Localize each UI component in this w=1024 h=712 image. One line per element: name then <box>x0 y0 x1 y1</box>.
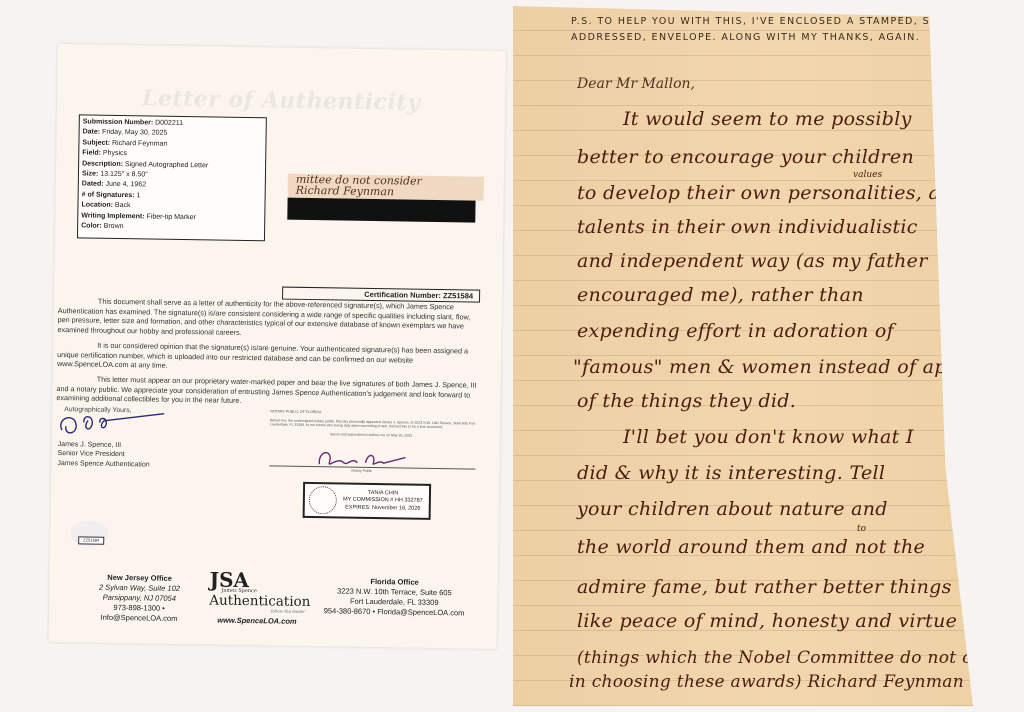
fl-title: Florida Office <box>370 577 418 587</box>
seal-expires: EXPIRES: November 16, 2026 <box>339 504 427 513</box>
detail-value: Fiber-tip Marker <box>146 213 196 221</box>
postscript: P.S. To help you with this, I've enclose… <box>571 14 961 46</box>
detail-value: D002211 <box>155 120 183 127</box>
detail-value: Signed Autographed Letter <box>125 161 208 169</box>
detail-value: Richard Feynman <box>112 140 167 148</box>
letter-line: did & why it is interesting. Tell <box>577 462 885 484</box>
loa-watermark-title: Letter of Authenticity <box>57 84 505 117</box>
jsa-logo: JSA James Spence Authentication follow t… <box>209 570 306 626</box>
letter-line: "famous" men & women instead of apprecia… <box>573 356 1024 378</box>
letter-line: like peace of mind, honesty and virtue — <box>577 610 983 632</box>
notary-seal: TANIA CHIN MY COMMISSION # HH 332787 EXP… <box>303 482 432 520</box>
detail-value: Physics <box>103 150 127 157</box>
letter-line: of the things they did. <box>577 390 796 412</box>
loa-paragraph-1: This document shall serve as a letter of… <box>57 296 484 341</box>
letter-line: in choosing these awards) Richard Feynma… <box>569 672 964 692</box>
letter-of-authenticity: Letter of Authenticity Submission Number… <box>49 44 506 649</box>
letter-line: expending effort in adoration of <box>577 320 894 342</box>
nj-contact: 973-898-1300 • Info@SpenceLOA.com <box>79 602 199 624</box>
detail-label: Field: <box>82 150 103 157</box>
detail-label: Writing Implement: <box>81 212 146 220</box>
signature-clip: mittee do not consider Richard Feynman <box>288 174 484 201</box>
letter-line: (things which the Nobel Committee do not… <box>577 648 1024 668</box>
notary-heading: NOTARY PUBLIC OF FLORIDA <box>270 409 480 417</box>
detail-row: Color: Brown <box>81 221 261 234</box>
detail-label: Submission Number: <box>83 118 155 126</box>
letter-line: the world around them and not the <box>577 536 925 558</box>
jsa-url: www.SpenceLOA.com <box>209 615 305 626</box>
detail-value: 13.125" x 8.50" <box>100 171 148 179</box>
detail-label: Date: <box>83 129 103 136</box>
submission-details-box: Submission Number: D002211Date: Friday, … <box>77 114 267 241</box>
office-new-jersey: New Jersey Office 2 Sylvan Way, Suite 10… <box>79 572 200 624</box>
loa-paragraph-2: It is our considered opinion that the si… <box>57 340 483 375</box>
state-seal-icon <box>309 486 337 514</box>
cert-label: Certification Number: <box>364 290 441 300</box>
notary-sworn: Sworn and subscribed to before me on May… <box>270 431 480 439</box>
letter-line: encouraged me), rather than <box>577 284 864 306</box>
detail-label: Dated: <box>82 181 106 188</box>
detail-value: Brown <box>104 223 124 230</box>
loa-paragraph-3: This letter must appear on our proprieta… <box>56 374 482 409</box>
letter-line: talents in their own individualistic <box>577 216 918 238</box>
notary-text: Before me, the undersigned notary public… <box>270 418 480 430</box>
seal-text: TANIA CHIN MY COMMISSION # HH 332787 EXP… <box>339 489 427 513</box>
spence-signature-icon <box>54 408 174 442</box>
hologram-code: ZZ51584 <box>78 536 104 544</box>
letter-line: your children about nature and <box>577 498 888 520</box>
signature-clip-mount <box>287 198 475 223</box>
detail-label: Color: <box>81 222 104 229</box>
detail-label: Size: <box>82 170 100 177</box>
detail-value: Friday, May 30, 2025 <box>102 129 167 137</box>
feynman-handwritten-letter: P.S. To help you with this, I've enclose… <box>513 6 973 706</box>
letter-line: admire fame, but rather better things <box>577 576 952 598</box>
greeting: Dear Mr Mallon, <box>577 76 695 92</box>
signer-info: James J. Spence, III Senior Vice Preside… <box>57 440 150 470</box>
jsa-authentication: Authentication <box>209 593 305 609</box>
nj-title: New Jersey Office <box>107 573 172 583</box>
cert-value: ZZ51584 <box>443 291 473 300</box>
detail-value: June 4, 1962 <box>105 181 146 189</box>
letter-line: and independent way (as my father <box>577 250 928 272</box>
insertion-to: to <box>857 524 866 534</box>
letter-line: to develop their own personalities, and <box>577 182 965 204</box>
detail-value: Back <box>115 202 131 209</box>
spence-signature-block: Autographically Yours, James J. Spence, … <box>54 406 194 415</box>
signature-clip-name: Richard Feynman <box>296 185 484 199</box>
notary-block: NOTARY PUBLIC OF FLORIDA Before me, the … <box>270 409 480 439</box>
detail-label: Subject: <box>82 139 112 146</box>
insertion-values: values <box>853 170 882 180</box>
notary-caption: Notary Public <box>351 469 372 473</box>
office-florida: Florida Office 3223 N.W. 10th Terrace, S… <box>319 576 470 618</box>
letter-line: I'll bet you don't know what I <box>623 426 914 448</box>
signer-company: James Spence Authentication <box>57 459 149 470</box>
detail-value: 1 <box>136 192 140 199</box>
letter-line: It would seem to me possibly <box>623 108 912 130</box>
detail-label: Location: <box>81 202 115 210</box>
fl-contact: 954-380-8670 • Florida@SpenceLOA.com <box>319 606 469 618</box>
detail-label: # of Signatures: <box>82 191 137 199</box>
detail-label: Description: <box>82 160 125 168</box>
letter-line: better to encourage your children <box>577 146 914 168</box>
